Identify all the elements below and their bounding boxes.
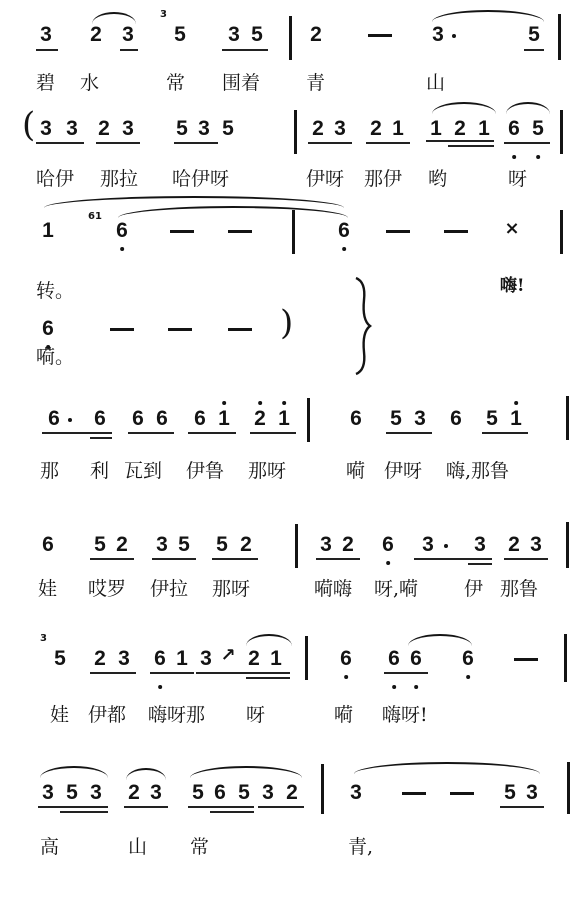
note: 5 <box>216 534 228 555</box>
lyric: 水 <box>80 74 99 93</box>
note: 2 <box>508 534 520 555</box>
underline <box>188 806 254 808</box>
lyric: 伊都 <box>88 706 126 725</box>
note: 3 <box>414 408 426 429</box>
underline <box>386 432 432 434</box>
bar-line <box>560 110 563 154</box>
tie <box>354 762 540 774</box>
extension-dash <box>168 328 192 331</box>
note: 2 <box>94 648 106 669</box>
low-dot <box>414 685 418 689</box>
note: 6 <box>194 408 206 429</box>
slur <box>92 12 136 24</box>
underline <box>500 806 544 808</box>
lyric: 娃 <box>38 580 57 599</box>
bar-line <box>566 396 569 440</box>
underline <box>222 49 268 51</box>
open-paren: ( <box>22 108 35 142</box>
close-paren: ) <box>280 306 293 340</box>
low-dot <box>512 155 516 159</box>
extension-dash <box>228 328 252 331</box>
note: 5 <box>390 408 402 429</box>
lyric: 瓦到 <box>124 462 162 481</box>
note: 6 <box>132 408 144 429</box>
note: 3 <box>90 782 102 803</box>
slur <box>40 766 108 778</box>
underline <box>482 432 528 434</box>
note: 3 <box>122 24 134 45</box>
note: 3 <box>200 648 212 669</box>
note-low: 6 <box>410 648 422 669</box>
lyric: 山 <box>426 74 445 93</box>
note: 6 <box>42 534 54 555</box>
bar-line <box>305 636 308 680</box>
note: 5 <box>54 648 66 669</box>
note: 6 <box>156 408 168 429</box>
note: 3 <box>118 648 130 669</box>
lyric: 嗬。 <box>36 348 74 367</box>
underline-2 <box>246 677 290 679</box>
underline <box>152 558 196 560</box>
note: 3 <box>526 782 538 803</box>
lyric: 嗨呀! <box>382 706 428 725</box>
note: 3 <box>42 782 54 803</box>
lyric: 嗬嗨 <box>314 580 352 599</box>
lyric: 青, <box>348 838 373 857</box>
underline <box>250 432 296 434</box>
extension-dash <box>514 658 538 661</box>
note: 3 <box>422 534 434 555</box>
bar-line <box>567 762 570 814</box>
note: 3 <box>66 118 78 139</box>
low-dot <box>536 155 540 159</box>
lyric: 高 <box>40 838 59 857</box>
underline <box>96 142 140 144</box>
note: 5 <box>222 118 234 139</box>
note: 2 <box>248 648 260 669</box>
underline <box>308 142 352 144</box>
note: 1 <box>392 118 404 139</box>
note: 5 <box>504 782 516 803</box>
score-page: 3 2 3 3 5 3 5 2 3 5 碧 水 常 围着 青 山 ( 3 3 2… <box>0 0 587 911</box>
note-high: 1 <box>218 408 230 429</box>
note: 3 <box>198 118 210 139</box>
lyric: 伊拉 <box>150 580 188 599</box>
lyric: 哈伊 <box>36 170 74 189</box>
lyric: 那呀 <box>212 580 250 599</box>
lyric: 伊呀 <box>306 170 344 189</box>
underline-2 <box>90 437 112 439</box>
underline <box>426 140 494 142</box>
note-high: 1 <box>278 408 290 429</box>
high-dot <box>222 401 226 405</box>
lyric: 碧 <box>36 74 55 93</box>
note: 2 <box>454 118 466 139</box>
note: 5 <box>192 782 204 803</box>
underline <box>42 432 112 434</box>
note: 2 <box>310 24 322 45</box>
lyric: 那伊 <box>364 170 402 189</box>
note: 2 <box>116 534 128 555</box>
note-high: 2 <box>254 408 266 429</box>
glide-arrow: ↗ <box>220 646 235 664</box>
note: 5 <box>251 24 263 45</box>
lyric: 常 <box>166 74 185 93</box>
note: 5 <box>528 24 540 45</box>
low-dot <box>158 685 162 689</box>
note: 3 <box>40 118 52 139</box>
lyric: 那拉 <box>100 170 138 189</box>
bar-line <box>566 522 569 568</box>
note: 5 <box>178 534 190 555</box>
note: 6 <box>350 408 362 429</box>
underline <box>124 806 168 808</box>
underline <box>366 142 410 144</box>
note: 2 <box>370 118 382 139</box>
lyric: 那 <box>40 462 59 481</box>
note: 1 <box>42 220 54 241</box>
slur <box>126 768 166 780</box>
note: 3 <box>40 24 52 45</box>
underline <box>196 672 290 674</box>
note-low: 6 <box>154 648 166 669</box>
note: 5 <box>176 118 188 139</box>
note: 6 <box>450 408 462 429</box>
underline <box>316 558 360 560</box>
underline <box>384 672 428 674</box>
lyric: 那呀 <box>248 462 286 481</box>
note: 6 <box>48 408 60 429</box>
lyric: 那鲁 <box>500 580 538 599</box>
underline <box>36 49 58 51</box>
bar-line <box>289 16 292 60</box>
grace-note: 3 <box>40 634 47 644</box>
underline <box>120 49 138 51</box>
note: 2 <box>342 534 354 555</box>
extension-dash <box>368 34 392 37</box>
bar-line <box>564 634 567 682</box>
note: 2 <box>98 118 110 139</box>
extension-dash <box>228 230 252 233</box>
tie <box>408 634 472 646</box>
note-low: 5 <box>532 118 544 139</box>
lyric: 哎罗 <box>88 580 126 599</box>
note-low: 6 <box>116 220 128 241</box>
lyric: 青 <box>306 74 325 93</box>
underline <box>504 558 548 560</box>
underline-2 <box>60 811 108 813</box>
note-low: 6 <box>508 118 520 139</box>
lyric: 常 <box>190 838 209 857</box>
low-dot <box>344 675 348 679</box>
note: 5 <box>174 24 186 45</box>
note: 6 <box>94 408 106 429</box>
bar-line <box>560 210 563 254</box>
lyric: 呀,嗬 <box>374 580 418 599</box>
extension-dash <box>170 230 194 233</box>
lyric: 嗨呀那 <box>148 706 205 725</box>
lyric: 伊 <box>464 580 483 599</box>
shout-mark: × <box>504 218 519 239</box>
note-low: 6 <box>340 648 352 669</box>
note: 3 <box>432 24 444 45</box>
note: 2 <box>90 24 102 45</box>
lyric: 嗬 <box>346 462 365 481</box>
underline <box>414 558 492 560</box>
lyric: 转。 <box>36 282 74 301</box>
underline <box>188 432 236 434</box>
note-low: 6 <box>42 318 54 339</box>
note: 3 <box>262 782 274 803</box>
underline <box>258 806 304 808</box>
augmentation-dot <box>452 34 456 38</box>
note-low: 6 <box>338 220 350 241</box>
note: 3 <box>320 534 332 555</box>
note: 2 <box>128 782 140 803</box>
underline <box>174 142 218 144</box>
underline <box>90 558 134 560</box>
high-dot <box>282 401 286 405</box>
note-high: 1 <box>510 408 522 429</box>
lyric: 伊鲁 <box>186 462 224 481</box>
lyric: 娃 <box>50 706 69 725</box>
extension-dash <box>110 328 134 331</box>
note: 5 <box>94 534 106 555</box>
low-dot <box>120 247 124 251</box>
note-low: 6 <box>382 534 394 555</box>
note: 1 <box>270 648 282 669</box>
grace-note: 3 <box>160 10 167 20</box>
underline <box>90 672 136 674</box>
bar-line <box>294 110 297 154</box>
low-dot <box>466 675 470 679</box>
high-dot <box>258 401 262 405</box>
bar-line <box>307 398 310 442</box>
lyric: 山 <box>128 838 147 857</box>
note: 2 <box>312 118 324 139</box>
lyric: 哈伊呀 <box>172 170 229 189</box>
note-low: 6 <box>462 648 474 669</box>
brace-icon <box>350 276 374 376</box>
note: 3 <box>156 534 168 555</box>
underline <box>524 49 544 51</box>
low-dot <box>386 561 390 565</box>
note: 3 <box>530 534 542 555</box>
note: 3 <box>122 118 134 139</box>
augmentation-dot <box>68 418 72 422</box>
lyric: 围着 <box>222 74 260 93</box>
underline <box>504 142 550 144</box>
underline-2 <box>448 145 494 147</box>
note: 3 <box>334 118 346 139</box>
slur <box>506 102 550 114</box>
bar-line <box>321 764 324 814</box>
underline-2 <box>210 811 254 813</box>
tie <box>432 10 544 22</box>
shout-lyric: 嗨! <box>500 278 524 295</box>
grace-notes: 61 <box>88 212 102 222</box>
note: 5 <box>486 408 498 429</box>
lyric: 利 <box>90 462 109 481</box>
lyric: 嗨,那鲁 <box>446 462 509 481</box>
low-dot <box>342 247 346 251</box>
underline <box>212 558 258 560</box>
lyric: 嗬 <box>334 706 353 725</box>
underline-2 <box>468 563 492 565</box>
slur <box>190 766 302 778</box>
high-dot <box>514 401 518 405</box>
note: 3 <box>228 24 240 45</box>
augmentation-dot <box>444 544 448 548</box>
slur <box>246 634 292 646</box>
extension-dash <box>444 230 468 233</box>
bar-line <box>292 210 295 254</box>
lyric: 哟 <box>428 170 447 189</box>
note-low: 6 <box>388 648 400 669</box>
note: 6 <box>214 782 226 803</box>
extension-dash <box>402 792 426 795</box>
lyric: 伊呀 <box>384 462 422 481</box>
low-dot <box>392 685 396 689</box>
note: 2 <box>286 782 298 803</box>
note: 3 <box>350 782 362 803</box>
extension-dash <box>450 792 474 795</box>
note: 3 <box>474 534 486 555</box>
extension-dash <box>386 230 410 233</box>
note: 1 <box>478 118 490 139</box>
note: 5 <box>66 782 78 803</box>
note: 2 <box>240 534 252 555</box>
slur <box>432 102 496 114</box>
underline <box>36 142 84 144</box>
note: 5 <box>238 782 250 803</box>
note: 1 <box>430 118 442 139</box>
lyric: 呀 <box>508 170 527 189</box>
note: 1 <box>176 648 188 669</box>
underline <box>128 432 174 434</box>
bar-line <box>295 524 298 568</box>
underline <box>150 672 194 674</box>
note: 3 <box>150 782 162 803</box>
bar-line <box>558 14 561 60</box>
underline <box>38 806 108 808</box>
lyric: 呀 <box>246 706 265 725</box>
